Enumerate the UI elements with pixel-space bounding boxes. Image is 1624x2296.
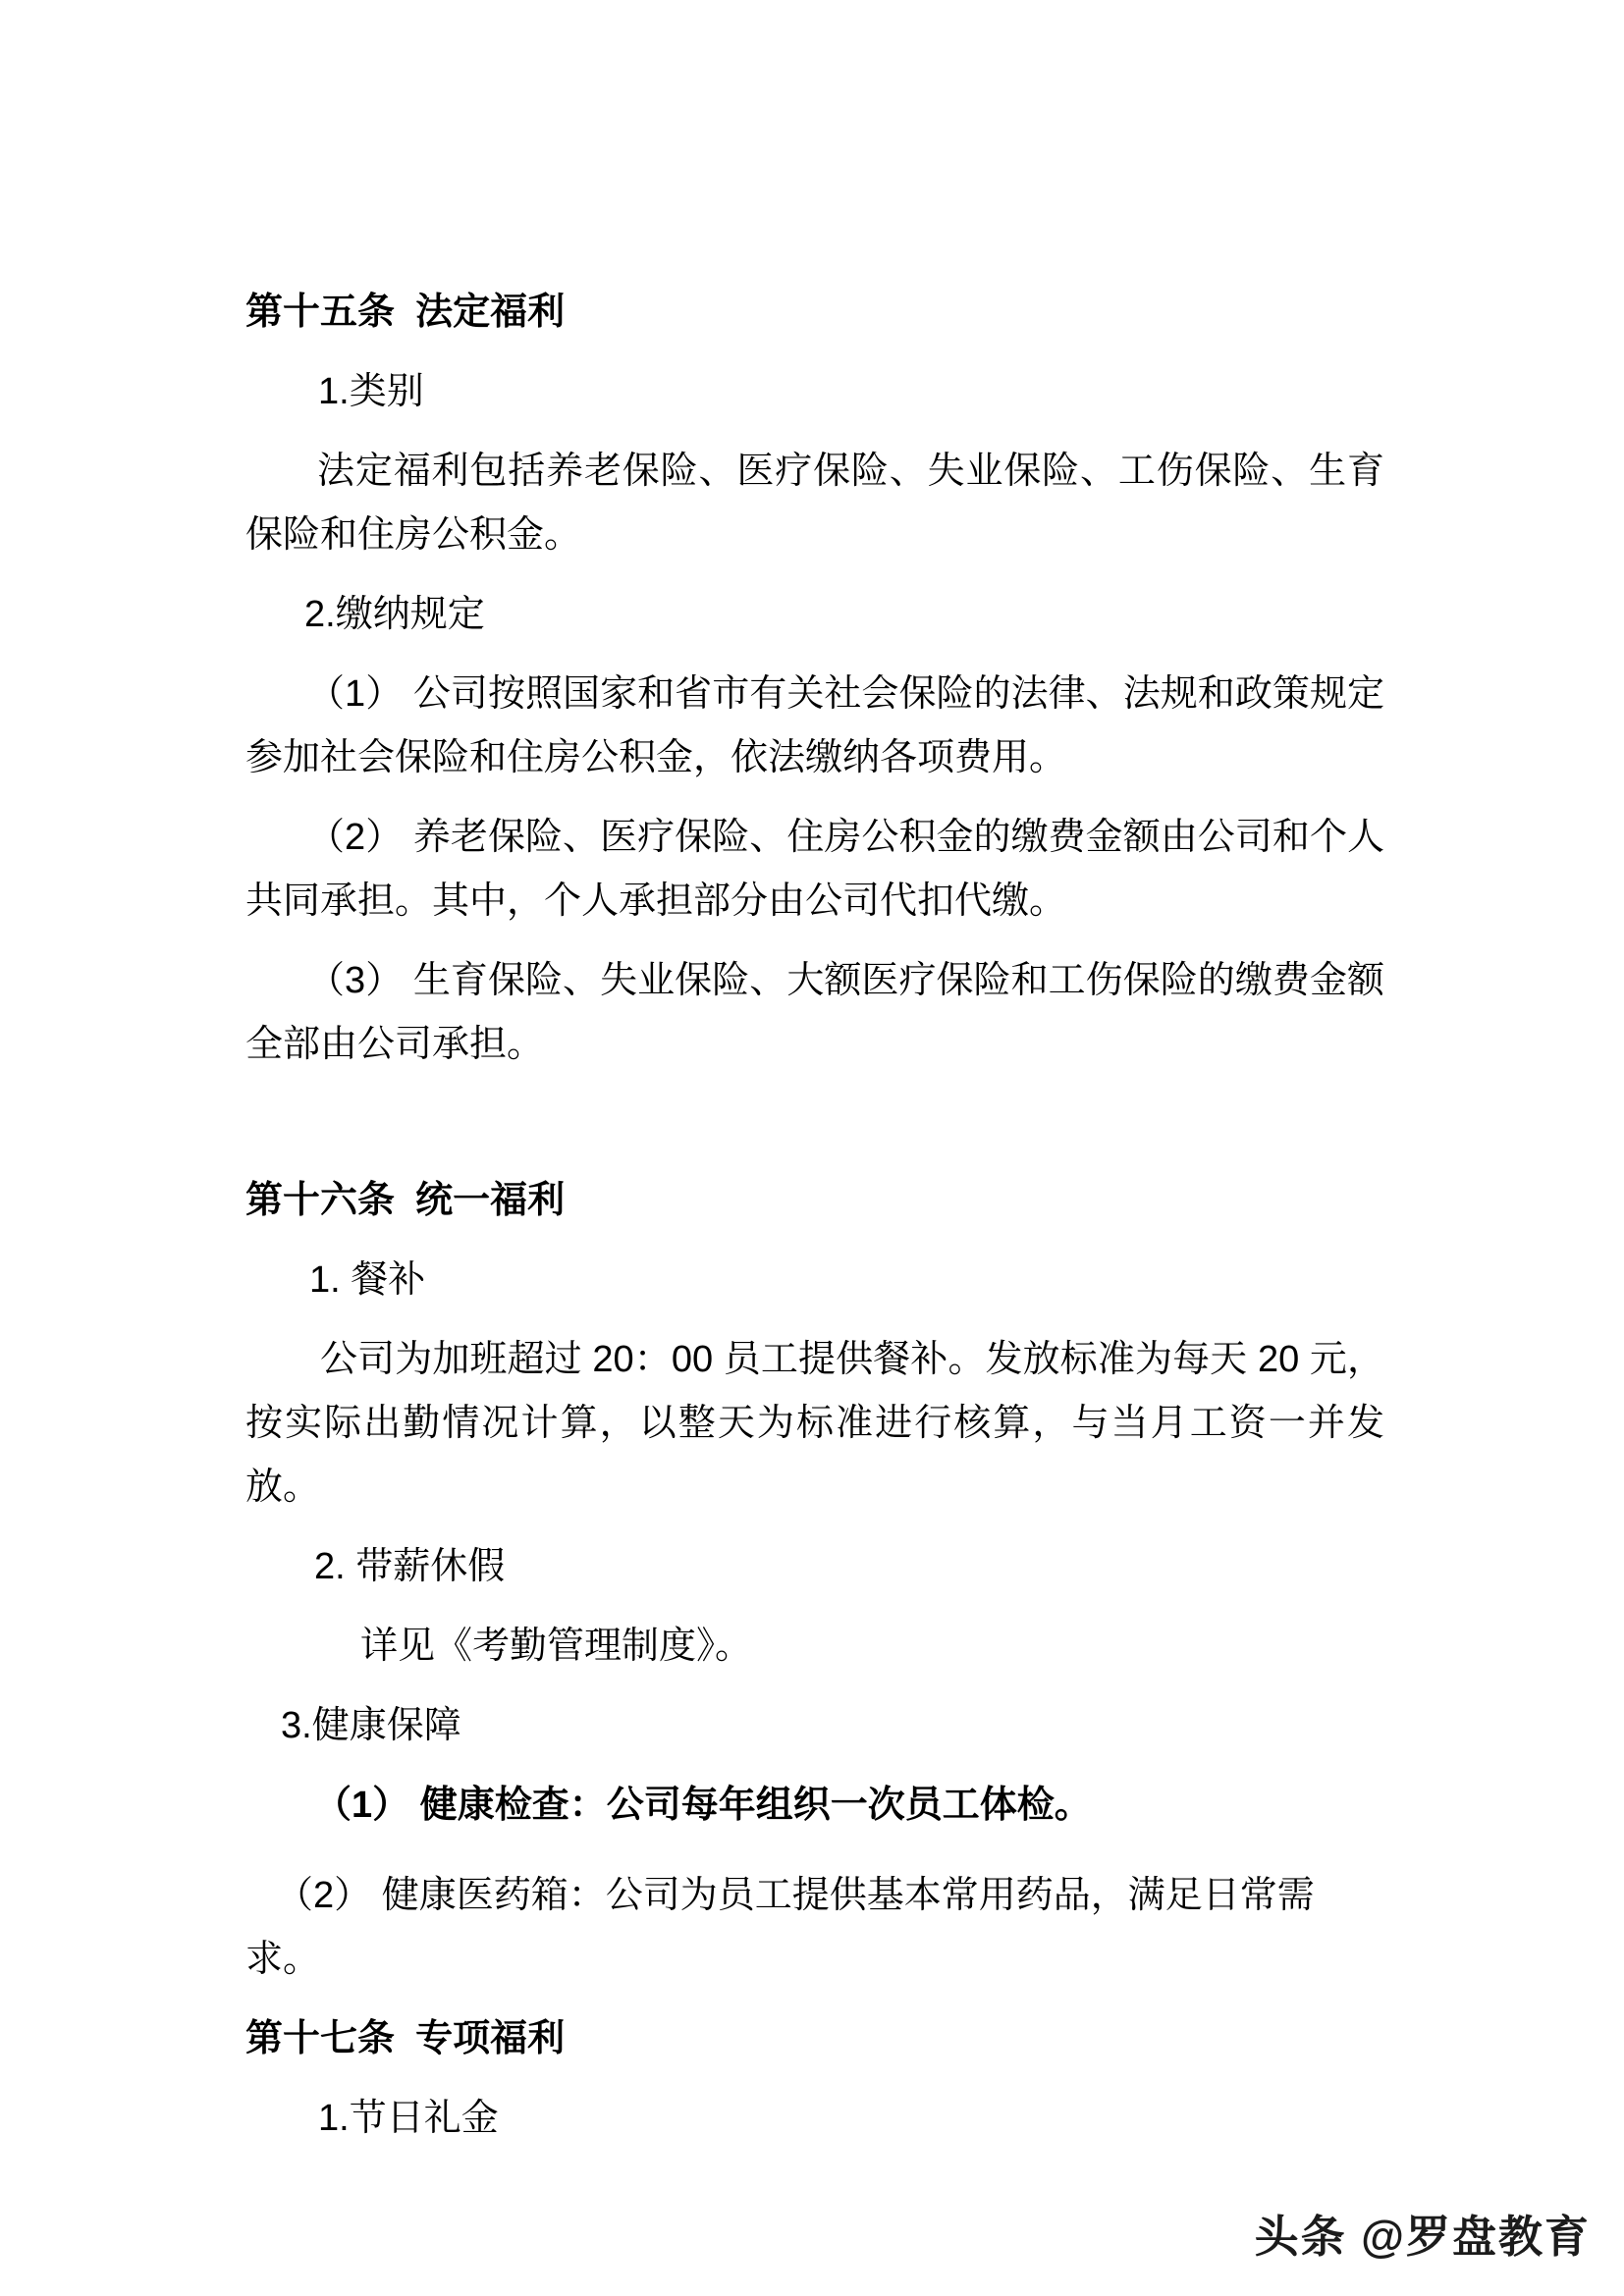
item-category-label: 1.类别 bbox=[245, 360, 1384, 424]
item-payment-rules-label: 2.缴纳规定 bbox=[245, 583, 1384, 647]
para-meal-allowance: 公司为加班超过 20：00 员工提供餐补。发放标准为每天 20 元，按实际出勤情… bbox=[245, 1328, 1384, 1520]
item-paid-leave-label: 2. 带薪休假 bbox=[245, 1535, 1384, 1599]
article-15-heading: 第十五条 法定福利 bbox=[245, 281, 1384, 345]
para-paid-leave-reference: 详见《考勤管理制度》。 bbox=[245, 1615, 1384, 1679]
article-16-heading: 第十六条 统一福利 bbox=[245, 1169, 1384, 1233]
article-17-heading: 第十七条 专项福利 bbox=[245, 2007, 1384, 2071]
item-health-care-label: 3.健康保障 bbox=[245, 1694, 1384, 1758]
para-health-check-highlight: （1） 健康检查：公司每年组织一次员工体检。 bbox=[245, 1774, 1384, 1838]
para-payment-rule-1: （1） 公司按照国家和省市有关社会保险的法律、法规和政策规定参加社会保险和住房公… bbox=[245, 663, 1384, 790]
item-meal-allowance-label: 1. 餐补 bbox=[245, 1249, 1384, 1312]
document-content: 第十五条 法定福利 1.类别 法定福利包括养老保险、医疗保险、失业保险、工伤保险… bbox=[0, 0, 1624, 2151]
watermark-text: 头条 @罗盘教育 bbox=[1255, 2212, 1591, 2263]
para-payment-rule-3: （3） 生育保险、失业保险、大额医疗保险和工伤保险的缴费金额全部由公司承担。 bbox=[245, 949, 1384, 1077]
document-page: 第十五条 法定福利 1.类别 法定福利包括养老保险、医疗保险、失业保险、工伤保险… bbox=[0, 0, 1624, 2296]
para-statutory-benefits: 法定福利包括养老保险、医疗保险、失业保险、工伤保险、生育保险和住房公积金。 bbox=[245, 440, 1384, 567]
para-payment-rule-2: （2） 养老保险、医疗保险、住房公积金的缴费金额由公司和个人共同承担。其中，个人… bbox=[245, 806, 1384, 934]
para-health-medicine-box: （2） 健康医药箱：公司为员工提供基本常用药品，满足日常需求。 bbox=[245, 1864, 1384, 1992]
item-festival-gift-label: 1.节日礼金 bbox=[245, 2087, 1384, 2151]
